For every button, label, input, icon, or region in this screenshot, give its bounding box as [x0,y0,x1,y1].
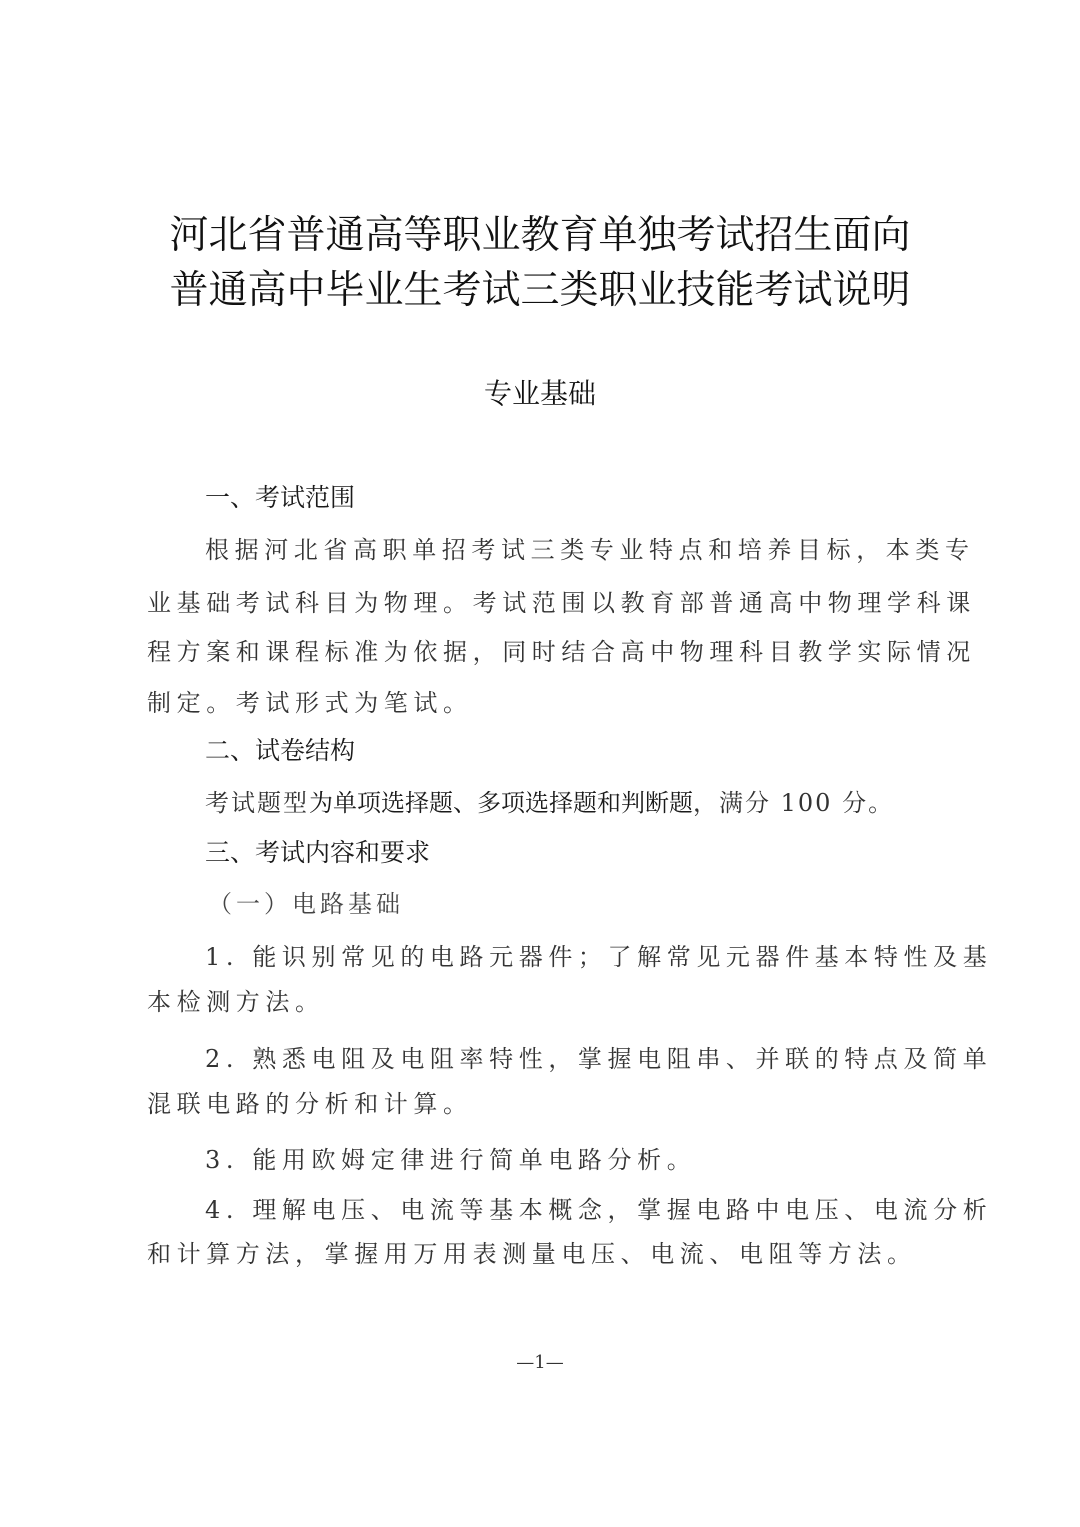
list-item-line: 4. 理解电压、电流等基本概念，掌握电路中电压、电流分析 [205,1190,992,1230]
list-item-line: 和计算方法，掌握用万用表测量电压、电流、电阻等方法。 [147,1234,917,1274]
list-item-line: 3. 能用欧姆定律进行简单电路分析。 [205,1140,696,1180]
paragraph-prefix: 考试题型 [205,789,309,817]
list-item-line: 2. 熟悉电阻及电阻率特性，掌握电阻串、并联的特点及简单 [205,1039,992,1079]
paragraph-suffix: ，满分 100 分。 [693,789,894,817]
section-heading-exam-content: 三、考试内容和要求 [205,833,430,873]
section-heading-exam-scope: 一、考试范围 [205,478,355,518]
list-item-line: 1. 能识别常见的电路元器件；了解常见元器件基本特性及基 [205,937,992,977]
paper-structure-paragraph: 考试题型为单项选择题、多项选择题和判断题，满分 100 分。 [205,783,894,823]
paragraph-line: 程方案和课程标准为依据，同时结合高中物理科目教学实际情况 [147,632,976,672]
list-item-line: 混联电路的分析和计算。 [147,1084,473,1124]
paragraph-line: 根据河北省高职单招考试三类专业特点和培养目标，本类专 [205,530,975,570]
list-item-line: 本检测方法。 [147,982,325,1022]
document-title-line-1: 河北省普通高等职业教育单独考试招生面向 [0,207,1080,265]
section-heading-paper-structure: 二、试卷结构 [205,731,355,771]
document-title-line-2: 普通高中毕业生考试三类职业技能考试说明 [0,262,1080,320]
paragraph-question-types: 为单项选择题、多项选择题和判断题 [309,789,693,817]
document-page: 河北省普通高等职业教育单独考试招生面向 普通高中毕业生考试三类职业技能考试说明 … [0,0,1080,1527]
paragraph-line: 制定。考试形式为笔试。 [147,683,473,723]
document-subtitle: 专业基础 [0,372,1080,416]
paragraph-line: 业基础考试科目为物理。考试范围以教育部普通高中物理学科课 [147,583,976,623]
page-number: —1— [0,1352,1080,1373]
subsection-heading-circuit-basics: （一）电路基础 [208,884,404,924]
